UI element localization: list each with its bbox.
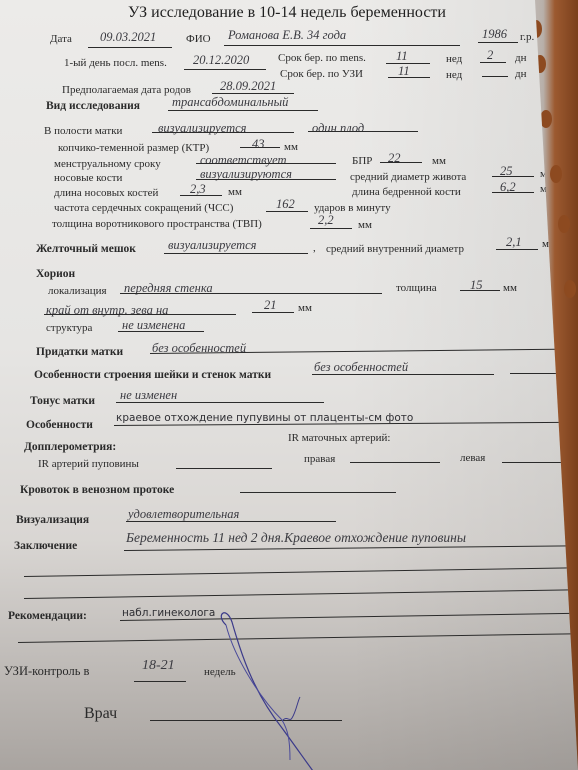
control-value[interactable]: 18-21 — [142, 658, 175, 674]
hr-value[interactable]: 162 — [276, 197, 295, 212]
chorion-struct-value[interactable]: не изменена — [122, 318, 185, 333]
term-us-weeks-line — [388, 77, 430, 78]
fio-label: ФИО — [186, 33, 211, 45]
cervix-value[interactable]: без особенностей — [314, 360, 408, 375]
fetus-count-line — [308, 131, 418, 132]
conclusion-line-1 — [124, 545, 578, 551]
uterine-right-field[interactable] — [350, 462, 440, 463]
uterus-line — [152, 132, 294, 133]
features-value[interactable]: краевое отхождение пупувины от плаценты-… — [116, 412, 413, 424]
hr-line — [266, 211, 308, 212]
abd-value[interactable]: 25 — [500, 164, 513, 179]
doppler-label: Допплерометрия: — [24, 441, 116, 453]
mens-term-label: менструальному сроку — [54, 158, 161, 170]
doctor-label: Врач — [84, 705, 117, 723]
fetus-count[interactable]: один плод — [312, 121, 364, 136]
chorion-thick-line — [460, 290, 500, 291]
birth-year-line — [478, 42, 518, 43]
lmp-value[interactable]: 20.12.2020 — [193, 53, 249, 68]
chorion-edge-text[interactable]: край от внутр. зева на — [46, 303, 168, 318]
venous-duct-label: Кровоток в венозном протоке — [20, 484, 174, 496]
conclusion-label: Заключение — [14, 540, 77, 552]
chorion-thick-unit: мм — [503, 282, 517, 294]
femur-label: длина бедренной кости — [352, 186, 461, 198]
nasal-value[interactable]: визуализируются — [200, 167, 292, 182]
chorion-loc-label: локализация — [48, 285, 107, 297]
chorion-edge-line — [44, 314, 236, 315]
abd-line — [492, 176, 534, 177]
uterine-ir-label: IR маточных артерий: — [288, 432, 390, 444]
recommendations-line-2 — [18, 633, 578, 643]
exam-type-line — [168, 110, 318, 111]
exam-type-value[interactable]: трансабдоминальный — [172, 95, 288, 110]
uterine-right-label: правая — [304, 453, 335, 465]
ktr-unit: мм — [284, 141, 298, 153]
chorion-edge-mm-line — [252, 312, 294, 313]
nt-unit: мм — [358, 219, 372, 231]
conclusion-line-2 — [24, 567, 578, 577]
conclusion-line-3 — [24, 589, 578, 599]
adnexa-line — [150, 349, 578, 355]
tone-label: Тонус матки — [30, 395, 95, 407]
nasal-len-unit: мм — [228, 186, 242, 198]
features-line — [114, 422, 578, 427]
femur-value[interactable]: 6,2 — [500, 180, 516, 195]
term-mens-label: Срок бер. по mens. — [278, 52, 366, 64]
recommendations-line-1 — [120, 613, 578, 621]
chorion-label: Хорион — [36, 268, 75, 280]
mens-term-line — [196, 163, 336, 164]
ktr-label: копчико-теменной размер (КТР) — [58, 142, 209, 154]
umbilical-ir-field[interactable] — [176, 468, 272, 469]
visualization-label: Визуализация — [16, 514, 89, 526]
chorion-loc-value[interactable]: передняя стенка — [124, 281, 213, 296]
nasal-line — [196, 179, 336, 180]
uterus-label: В полости матки — [44, 125, 122, 137]
nasal-len-line — [180, 195, 222, 196]
uterine-left-label: левая — [460, 452, 485, 464]
term-mens-weeks-line — [386, 63, 430, 64]
doctor-signature-line — [150, 720, 342, 721]
control-unit: недель — [204, 666, 236, 678]
nt-value[interactable]: 2,2 — [318, 213, 334, 228]
nasal-label: носовые кости — [54, 172, 122, 184]
nasal-len-value[interactable]: 2,3 — [190, 182, 206, 197]
date-label: Дата — [50, 33, 72, 45]
weeks-unit-2: нед — [446, 69, 462, 81]
femur-line — [492, 192, 534, 193]
chorion-thick-value[interactable]: 15 — [470, 278, 483, 293]
weeks-unit: нед — [446, 53, 462, 65]
uterus-value[interactable]: визуализируется — [158, 121, 247, 136]
cervix-line — [312, 374, 494, 375]
visualization-line — [126, 521, 336, 522]
adnexa-label: Придатки матки — [36, 346, 123, 358]
yolk-diam-label: средний внутренний диаметр — [326, 243, 464, 255]
term-us-weeks[interactable]: 11 — [398, 64, 410, 79]
bpr-unit: мм — [432, 155, 446, 167]
term-us-label: Срок бер. по УЗИ — [280, 68, 363, 80]
term-us-days-line — [482, 76, 508, 77]
tone-line — [116, 402, 324, 403]
hr-unit: ударов в минуту — [314, 202, 391, 214]
chorion-struct-label: структура — [46, 322, 92, 334]
yolk-line — [164, 253, 308, 254]
nt-line — [310, 228, 352, 229]
bpr-label: БПР — [352, 155, 372, 167]
yolk-comma: , — [313, 242, 316, 254]
lmp-label: 1-ый день посл. mens. — [64, 57, 167, 69]
recommendations-value[interactable]: набл.гинеколога — [122, 607, 215, 619]
term-mens-days[interactable]: 2 — [487, 48, 493, 63]
control-label: УЗИ-контроль в — [4, 664, 89, 679]
page-title: УЗ исследование в 10-14 недель беременно… — [128, 4, 446, 22]
ktr-line — [240, 147, 280, 148]
yolk-diam-value[interactable]: 2,1 — [506, 235, 522, 250]
fio-field-line — [224, 45, 460, 46]
recommendations-label: Рекомендации: — [8, 610, 87, 622]
exam-type-label: Вид исследования — [46, 100, 140, 112]
days-unit-2: дн — [515, 68, 526, 80]
bpr-value[interactable]: 22 — [388, 151, 401, 166]
conclusion-value[interactable]: Беременность 11 нед 2 дня.Краевое отхожд… — [126, 530, 466, 546]
chorion-edge-mm[interactable]: 21 — [264, 298, 277, 313]
nasal-len-label: длина носовых костей — [54, 187, 158, 199]
birth-year-suffix: г.р. — [520, 31, 534, 43]
yolk-diam-line — [496, 249, 538, 250]
lmp-line — [184, 69, 266, 70]
ktr-value[interactable]: 43 — [252, 137, 265, 152]
abd-label: средний диаметр живота — [350, 171, 466, 183]
visualization-value[interactable]: удовлетворительная — [128, 507, 239, 522]
mens-term-value[interactable]: соответствует — [200, 153, 287, 168]
nt-label: толщина воротникового пространства (ТВП) — [52, 218, 262, 230]
bpr-line — [380, 162, 422, 163]
date-value[interactable]: 09.03.2021 — [100, 30, 156, 45]
control-line — [134, 681, 186, 682]
adnexa-value[interactable]: без особенностей — [152, 341, 246, 356]
due-date-value[interactable]: 28.09.2021 — [220, 79, 276, 94]
tone-value[interactable]: не изменен — [120, 388, 177, 403]
yolk-label: Желточный мешок — [36, 243, 136, 255]
venous-duct-field[interactable] — [240, 492, 396, 493]
due-date-label: Предполагаемая дата родов — [62, 84, 191, 96]
fio-value[interactable]: Романова Е.В. 34 года — [228, 28, 346, 43]
yolk-value[interactable]: визуализируется — [168, 238, 257, 253]
date-field-line — [88, 47, 172, 48]
birth-year-value[interactable]: 1986 — [482, 27, 507, 42]
chorion-thick-label: толщина — [396, 282, 437, 294]
due-date-line — [212, 93, 294, 94]
term-mens-days-line — [480, 62, 506, 63]
chorion-struct-line — [118, 331, 204, 332]
ultrasound-report-sheet: УЗ исследование в 10-14 недель беременно… — [0, 0, 578, 770]
chorion-edge-unit: мм — [298, 302, 312, 314]
features-label: Особенности — [26, 419, 93, 431]
cervix-label: Особенности строения шейки и стенок матк… — [34, 369, 271, 381]
umbilical-ir-label: IR артерий пуповины — [38, 458, 139, 470]
chorion-loc-line — [120, 293, 382, 294]
doctor-signature — [0, 0, 578, 770]
term-mens-weeks[interactable]: 11 — [396, 49, 408, 64]
days-unit: дн — [515, 52, 526, 64]
hr-label: частота сердечных сокращений (ЧСС) — [54, 202, 233, 214]
